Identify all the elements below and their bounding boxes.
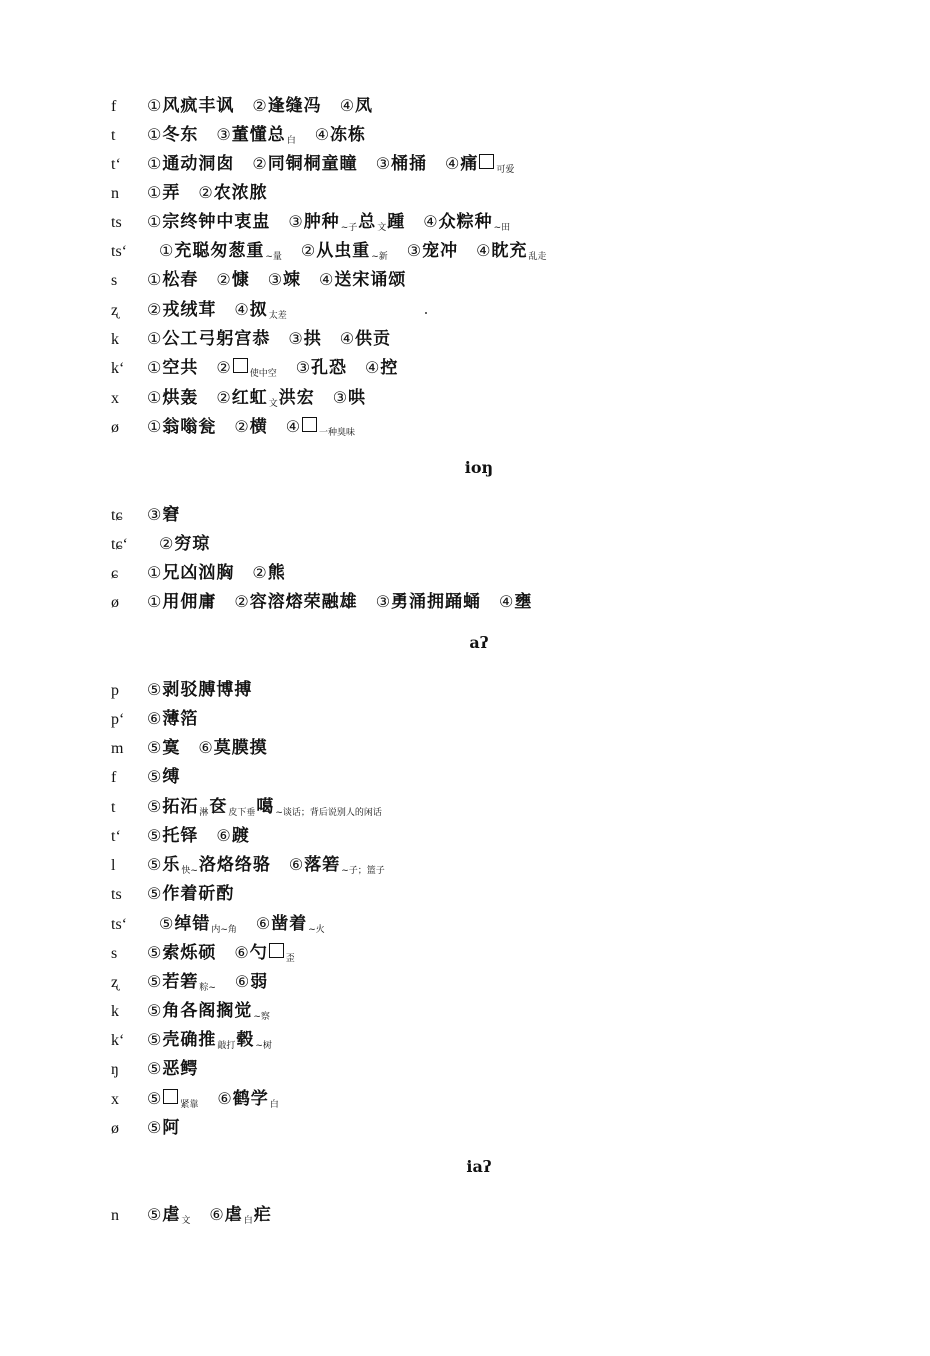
tone-number: ③ [376, 588, 390, 616]
tone-group: ③拱 [288, 325, 321, 353]
missing-character-box-icon [302, 417, 317, 432]
tone-number: ② [216, 354, 230, 382]
syllable-row: ŋ⑤恶鳄 [111, 1055, 216, 1083]
tone-group: ④送宋诵颂 [319, 266, 406, 294]
tone-number: ⑤ [147, 676, 161, 704]
syllable-row: ts‘⑤绰错内~角⑥凿着~火 [111, 910, 344, 938]
initial-consonant: x [111, 1086, 137, 1114]
characters: 从虫重 [316, 237, 370, 265]
characters: 疟 [254, 1201, 272, 1229]
syllable-row: t‘⑤托铎⑥踱 [111, 822, 268, 850]
tone-group: ⑤剥驳膊博搏 [147, 676, 252, 704]
characters: 烘轰 [162, 384, 198, 412]
tone-group: ⑥勺歪 [234, 939, 295, 970]
characters: 勇涌拥踊蛹 [391, 588, 481, 616]
gloss-note: ~树 [255, 1032, 272, 1060]
tone-number: ② [198, 179, 212, 207]
tone-group: ①兄凶汹胸 [147, 559, 234, 587]
tone-number: ① [159, 237, 173, 265]
characters: 通动洞囱 [162, 150, 234, 178]
document-page: f①风疯丰讽②逢缝冯④凤t①冬东③董懂总白④冻栋t‘①通动洞囱②同铜桐童瞳③桶捅… [0, 0, 930, 1356]
tone-number: ③ [288, 325, 302, 353]
tone-group: ①翁嗡瓮 [147, 413, 216, 441]
tone-group: ⑤紧靠 [147, 1085, 199, 1116]
tone-group: ②红虹文洪宏 [216, 384, 314, 415]
characters: 勺 [250, 939, 268, 967]
tone-group: ③宠冲 [407, 237, 458, 265]
characters: 控 [380, 354, 398, 382]
syllable-row: x①烘轰②红虹文洪宏③哄 [111, 384, 384, 412]
tone-number: ⑥ [235, 968, 249, 996]
tone-group: ⑤角各阁搁觉~察 [147, 997, 271, 1028]
tone-group: ④控 [365, 354, 398, 382]
initial-consonant: ɕ [111, 560, 137, 588]
tone-group: ①风疯丰讽 [147, 92, 234, 120]
syllable-row: t⑤拓沰淋奁皮下垂噶~谈话；背后说别人的闲话 [111, 793, 401, 821]
tone-number: ④ [340, 92, 354, 120]
characters: 宠冲 [422, 237, 458, 265]
initial-consonant: t [111, 794, 137, 822]
tone-group: ⑤若箬粽~ [147, 968, 217, 999]
tone-group: ①公工弓躬宫恭 [147, 325, 270, 353]
characters: 横 [250, 413, 268, 441]
tone-group: ⑤拓沰淋奁皮下垂噶~谈话；背后说别人的闲话 [147, 793, 383, 824]
tone-group: ⑥鹤学白 [217, 1085, 279, 1116]
tone-number: ④ [234, 296, 248, 324]
tone-number: ⑤ [147, 763, 161, 791]
characters: 容溶熔荣融雄 [250, 588, 358, 616]
tone-number: ⑤ [147, 851, 161, 879]
syllable-row: t①冬东③董懂总白④冻栋 [111, 121, 384, 149]
initial-consonant: p [111, 677, 137, 705]
initial-consonant: s [111, 940, 137, 968]
missing-character-box-icon [479, 154, 494, 169]
syllable-row: ʐ②戎绒茸④㧐太差 [111, 296, 306, 324]
tone-group: ⑤壳确推敲打毂~树 [147, 1026, 273, 1057]
tone-number: ③ [296, 354, 310, 382]
tone-group: ⑥弱 [235, 968, 268, 996]
tone-group: ④众粽种~田 [423, 208, 511, 239]
syllable-row: ʐ⑤若箬粽~⑥弱 [111, 968, 286, 996]
syllable-row: k⑤角各阁搁觉~察 [111, 997, 289, 1025]
characters: 壳确推 [162, 1026, 216, 1054]
initial-consonant: p‘ [111, 706, 137, 734]
tone-number: ③ [333, 384, 347, 412]
tone-number: ① [147, 413, 161, 441]
tone-number: ⑤ [147, 734, 161, 762]
missing-character-box-icon [163, 1089, 178, 1104]
gloss-note: 敲打 [217, 1032, 235, 1060]
initial-consonant: tɕ [111, 502, 137, 530]
tone-group: ⑥莫膜摸 [198, 734, 267, 762]
tone-number: ② [159, 530, 173, 558]
initial-consonant: ø [111, 589, 137, 617]
section-heading: iaʔ [0, 1157, 930, 1176]
characters: 宗终钟中衷盅 [162, 208, 270, 236]
tone-group: ①弄 [147, 179, 180, 207]
syllable-row: p‘⑥薄箔 [111, 705, 216, 733]
gloss-note: ~子；篮子 [341, 857, 385, 885]
tone-number: ④ [445, 150, 459, 178]
characters: 踱 [232, 822, 250, 850]
tone-number: ⑤ [147, 880, 161, 908]
syllable-row: ø⑤阿 [111, 1114, 198, 1142]
syllable-row: f⑤缚 [111, 763, 198, 791]
tone-group: ①用佣庸 [147, 588, 216, 616]
tone-group: ②戎绒茸 [147, 296, 216, 324]
syllable-row: k‘⑤壳确推敲打毂~树 [111, 1026, 291, 1054]
characters: 奁 [209, 793, 227, 821]
characters: 穷琼 [174, 530, 210, 558]
tone-number: ④ [476, 237, 490, 265]
gloss-note: 白 [244, 1207, 253, 1235]
tone-group: ⑤虐文 [147, 1201, 191, 1232]
characters: 痛 [460, 150, 478, 178]
syllable-row: tɕ③窘 [111, 501, 198, 529]
characters: 总 [358, 208, 376, 236]
tone-group: ⑤乐快~洛烙络骆 [147, 851, 271, 882]
initial-consonant: n [111, 180, 137, 208]
section-heading: aʔ [0, 633, 930, 652]
tone-group: ②农浓脓 [198, 179, 267, 207]
tone-group: ⑤恶鳄 [147, 1055, 198, 1083]
characters: 剥驳膊博搏 [162, 676, 252, 704]
initial-consonant: tɕ‘ [111, 531, 149, 559]
initial-consonant: n [111, 1202, 137, 1230]
tone-number: ⑤ [159, 910, 173, 938]
tone-group: ⑥薄箔 [147, 705, 198, 733]
syllable-row: ts⑤作着斫酌 [111, 880, 252, 908]
syllable-row: ø①翁嗡瓮②横④一种臭味 [111, 413, 374, 441]
stray-mark [425, 312, 427, 314]
tone-group: ④㧐太差 [234, 296, 287, 327]
tone-number: ③ [376, 150, 390, 178]
characters: 翁嗡瓮 [162, 413, 216, 441]
tone-group: ③竦 [268, 266, 301, 294]
initial-consonant: x [111, 385, 137, 413]
initial-consonant: ø [111, 1115, 137, 1143]
tone-number: ④ [315, 121, 329, 149]
gloss-note: 乱走 [528, 243, 546, 271]
characters: 鹤学 [233, 1085, 269, 1113]
tone-number: ⑥ [209, 1201, 223, 1229]
syllable-row: ts‘①充聪匆葱重~量②从虫重~新③宠冲④眈充乱走 [111, 237, 565, 265]
tone-number: ① [147, 208, 161, 236]
tone-group: ④痛可爱 [445, 150, 515, 181]
tone-group: ③孔恐 [296, 354, 347, 382]
characters: 桶捅 [391, 150, 427, 178]
initial-consonant: ts [111, 209, 137, 237]
tone-group: ②穷琼 [159, 530, 210, 558]
tone-group: ⑤作着斫酌 [147, 880, 234, 908]
initial-consonant: ts‘ [111, 911, 149, 939]
gloss-note: 文 [181, 1207, 190, 1235]
characters: 托铎 [162, 822, 198, 850]
characters: 肿种 [304, 208, 340, 236]
section-heading: ioŋ [0, 458, 930, 477]
characters: 风疯丰讽 [162, 92, 234, 120]
characters: 索烁硕 [162, 939, 216, 967]
initial-consonant: m [111, 735, 137, 763]
tone-number: ① [147, 354, 161, 382]
tone-number: ④ [340, 325, 354, 353]
initial-consonant: l [111, 852, 137, 880]
syllable-row: x⑤紧靠⑥鹤学白 [111, 1085, 298, 1113]
tone-number: ③ [268, 266, 282, 294]
initial-consonant: k‘ [111, 355, 137, 383]
characters: 冻栋 [330, 121, 366, 149]
tone-number: ④ [319, 266, 333, 294]
initial-consonant: f [111, 764, 137, 792]
tone-group: ②从虫重~新 [301, 237, 389, 268]
characters: 莫膜摸 [214, 734, 268, 762]
initial-consonant: k [111, 326, 137, 354]
tone-number: ③ [407, 237, 421, 265]
initial-consonant: ʐ [111, 969, 137, 997]
characters: 熊 [268, 559, 286, 587]
characters: 阿 [162, 1114, 180, 1142]
tone-group: ④供贡 [340, 325, 391, 353]
tone-number: ① [147, 150, 161, 178]
characters: 戎绒茸 [162, 296, 216, 324]
characters: 洪宏 [279, 384, 315, 412]
tone-number: ② [216, 384, 230, 412]
tone-group: ⑥凿着~火 [256, 910, 326, 941]
characters: 公工弓躬宫恭 [162, 325, 270, 353]
gloss-note: ~谈话；背后说别人的闲话 [275, 799, 382, 827]
tone-group: ②横 [234, 413, 267, 441]
initial-consonant: t‘ [111, 823, 137, 851]
tone-number: ④ [423, 208, 437, 236]
tone-group: ②容溶熔荣融雄 [234, 588, 357, 616]
syllable-row: ø①用佣庸②容溶熔荣融雄③勇涌拥踊蛹④壅 [111, 588, 550, 616]
syllable-row: p⑤剥驳膊博搏 [111, 676, 270, 704]
tone-number: ④ [286, 413, 300, 441]
tone-number: ⑥ [147, 705, 161, 733]
missing-character-box-icon [269, 943, 284, 958]
tone-group: ①松春 [147, 266, 198, 294]
characters: 落箬 [304, 851, 340, 879]
characters: 毂 [236, 1026, 254, 1054]
tone-group: ⑤寞 [147, 734, 180, 762]
initial-consonant: f [111, 93, 137, 121]
tone-number: ① [147, 266, 161, 294]
syllable-row: ts①宗终钟中衷盅③肿种~子总文踵④众粽种~田 [111, 208, 529, 236]
tone-number: ⑤ [147, 793, 161, 821]
tone-number: ② [301, 237, 315, 265]
tone-number: ⑤ [147, 1085, 161, 1113]
characters: 众粽种 [439, 208, 493, 236]
tone-group: ①冬东 [147, 121, 198, 149]
characters: 噶 [256, 793, 274, 821]
characters: 兄凶汹胸 [162, 559, 234, 587]
tone-number: ① [147, 325, 161, 353]
initial-consonant: ø [111, 414, 137, 442]
tone-number: ① [147, 384, 161, 412]
tone-number: ① [147, 588, 161, 616]
tone-number: ① [147, 559, 161, 587]
tone-group: ⑥虐白疟 [209, 1201, 271, 1232]
tone-group: ③窘 [147, 501, 180, 529]
tone-number: ⑥ [289, 851, 303, 879]
tone-number: ② [234, 413, 248, 441]
characters: 拓沰 [162, 793, 198, 821]
characters: 缚 [162, 763, 180, 791]
tone-number: ④ [499, 588, 513, 616]
characters: 同铜桐童瞳 [268, 150, 358, 178]
tone-number: ⑥ [234, 939, 248, 967]
tone-number: ② [234, 588, 248, 616]
tone-number: ① [147, 121, 161, 149]
tone-group: ④眈充乱走 [476, 237, 547, 268]
characters: 逢缝冯 [268, 92, 322, 120]
tone-number: ③ [288, 208, 302, 236]
tone-group: ②逢缝冯 [252, 92, 321, 120]
tone-number: ⑥ [256, 910, 270, 938]
characters: 董懂总 [232, 121, 286, 149]
tone-group: ⑤索烁硕 [147, 939, 216, 967]
syllable-row: f①风疯丰讽②逢缝冯④凤 [111, 92, 391, 120]
tone-number: ② [147, 296, 161, 324]
initial-consonant: s [111, 267, 137, 295]
characters: 眈充 [491, 237, 527, 265]
characters: 绰错 [174, 910, 210, 938]
tone-group: ②熊 [252, 559, 285, 587]
syllable-row: n⑤虐文⑥虐白疟 [111, 1201, 290, 1229]
characters: 竦 [283, 266, 301, 294]
tone-group: ④冻栋 [315, 121, 366, 149]
characters: 孔恐 [311, 354, 347, 382]
characters: 寞 [162, 734, 180, 762]
characters: 薄箔 [162, 705, 198, 733]
tone-group: ⑤托铎 [147, 822, 198, 850]
tone-number: ⑤ [147, 939, 161, 967]
characters: 红虹 [232, 384, 268, 412]
tone-group: ③勇涌拥踊蛹 [376, 588, 481, 616]
tone-group: ③肿种~子总文踵 [288, 208, 405, 239]
characters: 送宋诵颂 [334, 266, 406, 294]
gloss-note: 一种臭味 [319, 419, 355, 447]
characters: 拱 [304, 325, 322, 353]
characters: 角各阁搁觉 [162, 997, 252, 1025]
characters: 恶鳄 [162, 1055, 198, 1083]
characters: 虐 [162, 1201, 180, 1229]
tone-group: ④一种臭味 [286, 413, 356, 444]
initial-consonant: ŋ [111, 1056, 137, 1084]
characters: 若箬 [162, 968, 198, 996]
initial-consonant: ʐ [111, 297, 137, 325]
characters: 弱 [250, 968, 268, 996]
syllable-row: ɕ①兄凶汹胸②熊 [111, 559, 304, 587]
characters: 作着斫酌 [162, 880, 234, 908]
tone-group: ⑤阿 [147, 1114, 180, 1142]
syllable-row: m⑤寞⑥莫膜摸 [111, 734, 286, 762]
tone-number: ① [147, 92, 161, 120]
tone-group: ④凤 [340, 92, 373, 120]
tone-number: ③ [216, 121, 230, 149]
tone-number: ⑤ [147, 1114, 161, 1142]
initial-consonant: ts‘ [111, 238, 149, 266]
tone-number: ② [216, 266, 230, 294]
characters: 踵 [387, 208, 405, 236]
characters: 乐 [162, 851, 180, 879]
missing-character-box-icon [233, 358, 248, 373]
tone-number: ⑤ [147, 968, 161, 996]
tone-number: ⑥ [217, 1085, 231, 1113]
tone-number: ③ [147, 501, 161, 529]
tone-number: ① [147, 179, 161, 207]
tone-group: ⑤缚 [147, 763, 180, 791]
tone-group: ⑥落箬~子；篮子 [289, 851, 386, 882]
tone-number: ② [252, 559, 266, 587]
tone-number: ④ [365, 354, 379, 382]
tone-group: ②同铜桐童瞳 [252, 150, 357, 178]
tone-group: ①通动洞囱 [147, 150, 234, 178]
tone-group: ③桶捅 [376, 150, 427, 178]
characters: 松春 [162, 266, 198, 294]
characters: 用佣庸 [162, 588, 216, 616]
initial-consonant: ts [111, 881, 137, 909]
tone-number: ⑤ [147, 1055, 161, 1083]
tone-number: ⑤ [147, 1201, 161, 1229]
tone-group: ⑥踱 [216, 822, 249, 850]
gloss-note: 白 [270, 1091, 279, 1119]
tone-group: ①空共 [147, 354, 198, 382]
characters: 凤 [355, 92, 373, 120]
characters: 慷 [232, 266, 250, 294]
tone-number: ⑤ [147, 822, 161, 850]
tone-number: ⑥ [216, 822, 230, 850]
syllable-row: n①弄②农浓脓 [111, 179, 286, 207]
tone-group: ②慷 [216, 266, 249, 294]
syllable-row: tɕ‘②穷琼 [111, 530, 228, 558]
gloss-note: 歪 [286, 945, 295, 973]
initial-consonant: t‘ [111, 151, 137, 179]
tone-group: ②使中空 [216, 354, 277, 385]
characters: 壅 [514, 588, 532, 616]
tone-group: ①烘轰 [147, 384, 198, 412]
characters: 供贡 [355, 325, 391, 353]
tone-group: ①充聪匆葱重~量 [159, 237, 283, 268]
tone-number: ② [252, 150, 266, 178]
characters: 冬东 [162, 121, 198, 149]
characters: 凿着 [271, 910, 307, 938]
syllable-row: k‘①空共②使中空③孔恐④控 [111, 354, 416, 382]
characters: 空共 [162, 354, 198, 382]
characters: 农浓脓 [214, 179, 268, 207]
characters: 弄 [162, 179, 180, 207]
syllable-row: t‘①通动洞囱②同铜桐童瞳③桶捅④痛可爱 [111, 150, 533, 178]
characters: 虐 [225, 1201, 243, 1229]
tone-group: ④壅 [499, 588, 532, 616]
characters: 㧐 [250, 296, 268, 324]
characters: 充聪匆葱重 [174, 237, 264, 265]
tone-number: ⑥ [198, 734, 212, 762]
tone-number: ② [252, 92, 266, 120]
syllable-row: k①公工弓躬宫恭③拱④供贡 [111, 325, 409, 353]
characters: 窘 [162, 501, 180, 529]
tone-number: ⑤ [147, 1026, 161, 1054]
initial-consonant: t [111, 122, 137, 150]
tone-group: ⑤绰错内~角 [159, 910, 238, 941]
initial-consonant: k [111, 998, 137, 1026]
initial-consonant: k‘ [111, 1027, 137, 1055]
tone-number: ⑤ [147, 997, 161, 1025]
tone-group: ③董懂总白 [216, 121, 296, 152]
gloss-note: 可爱 [496, 156, 514, 184]
tone-group: ①宗终钟中衷盅 [147, 208, 270, 236]
characters: 洛烙络骆 [199, 851, 271, 879]
